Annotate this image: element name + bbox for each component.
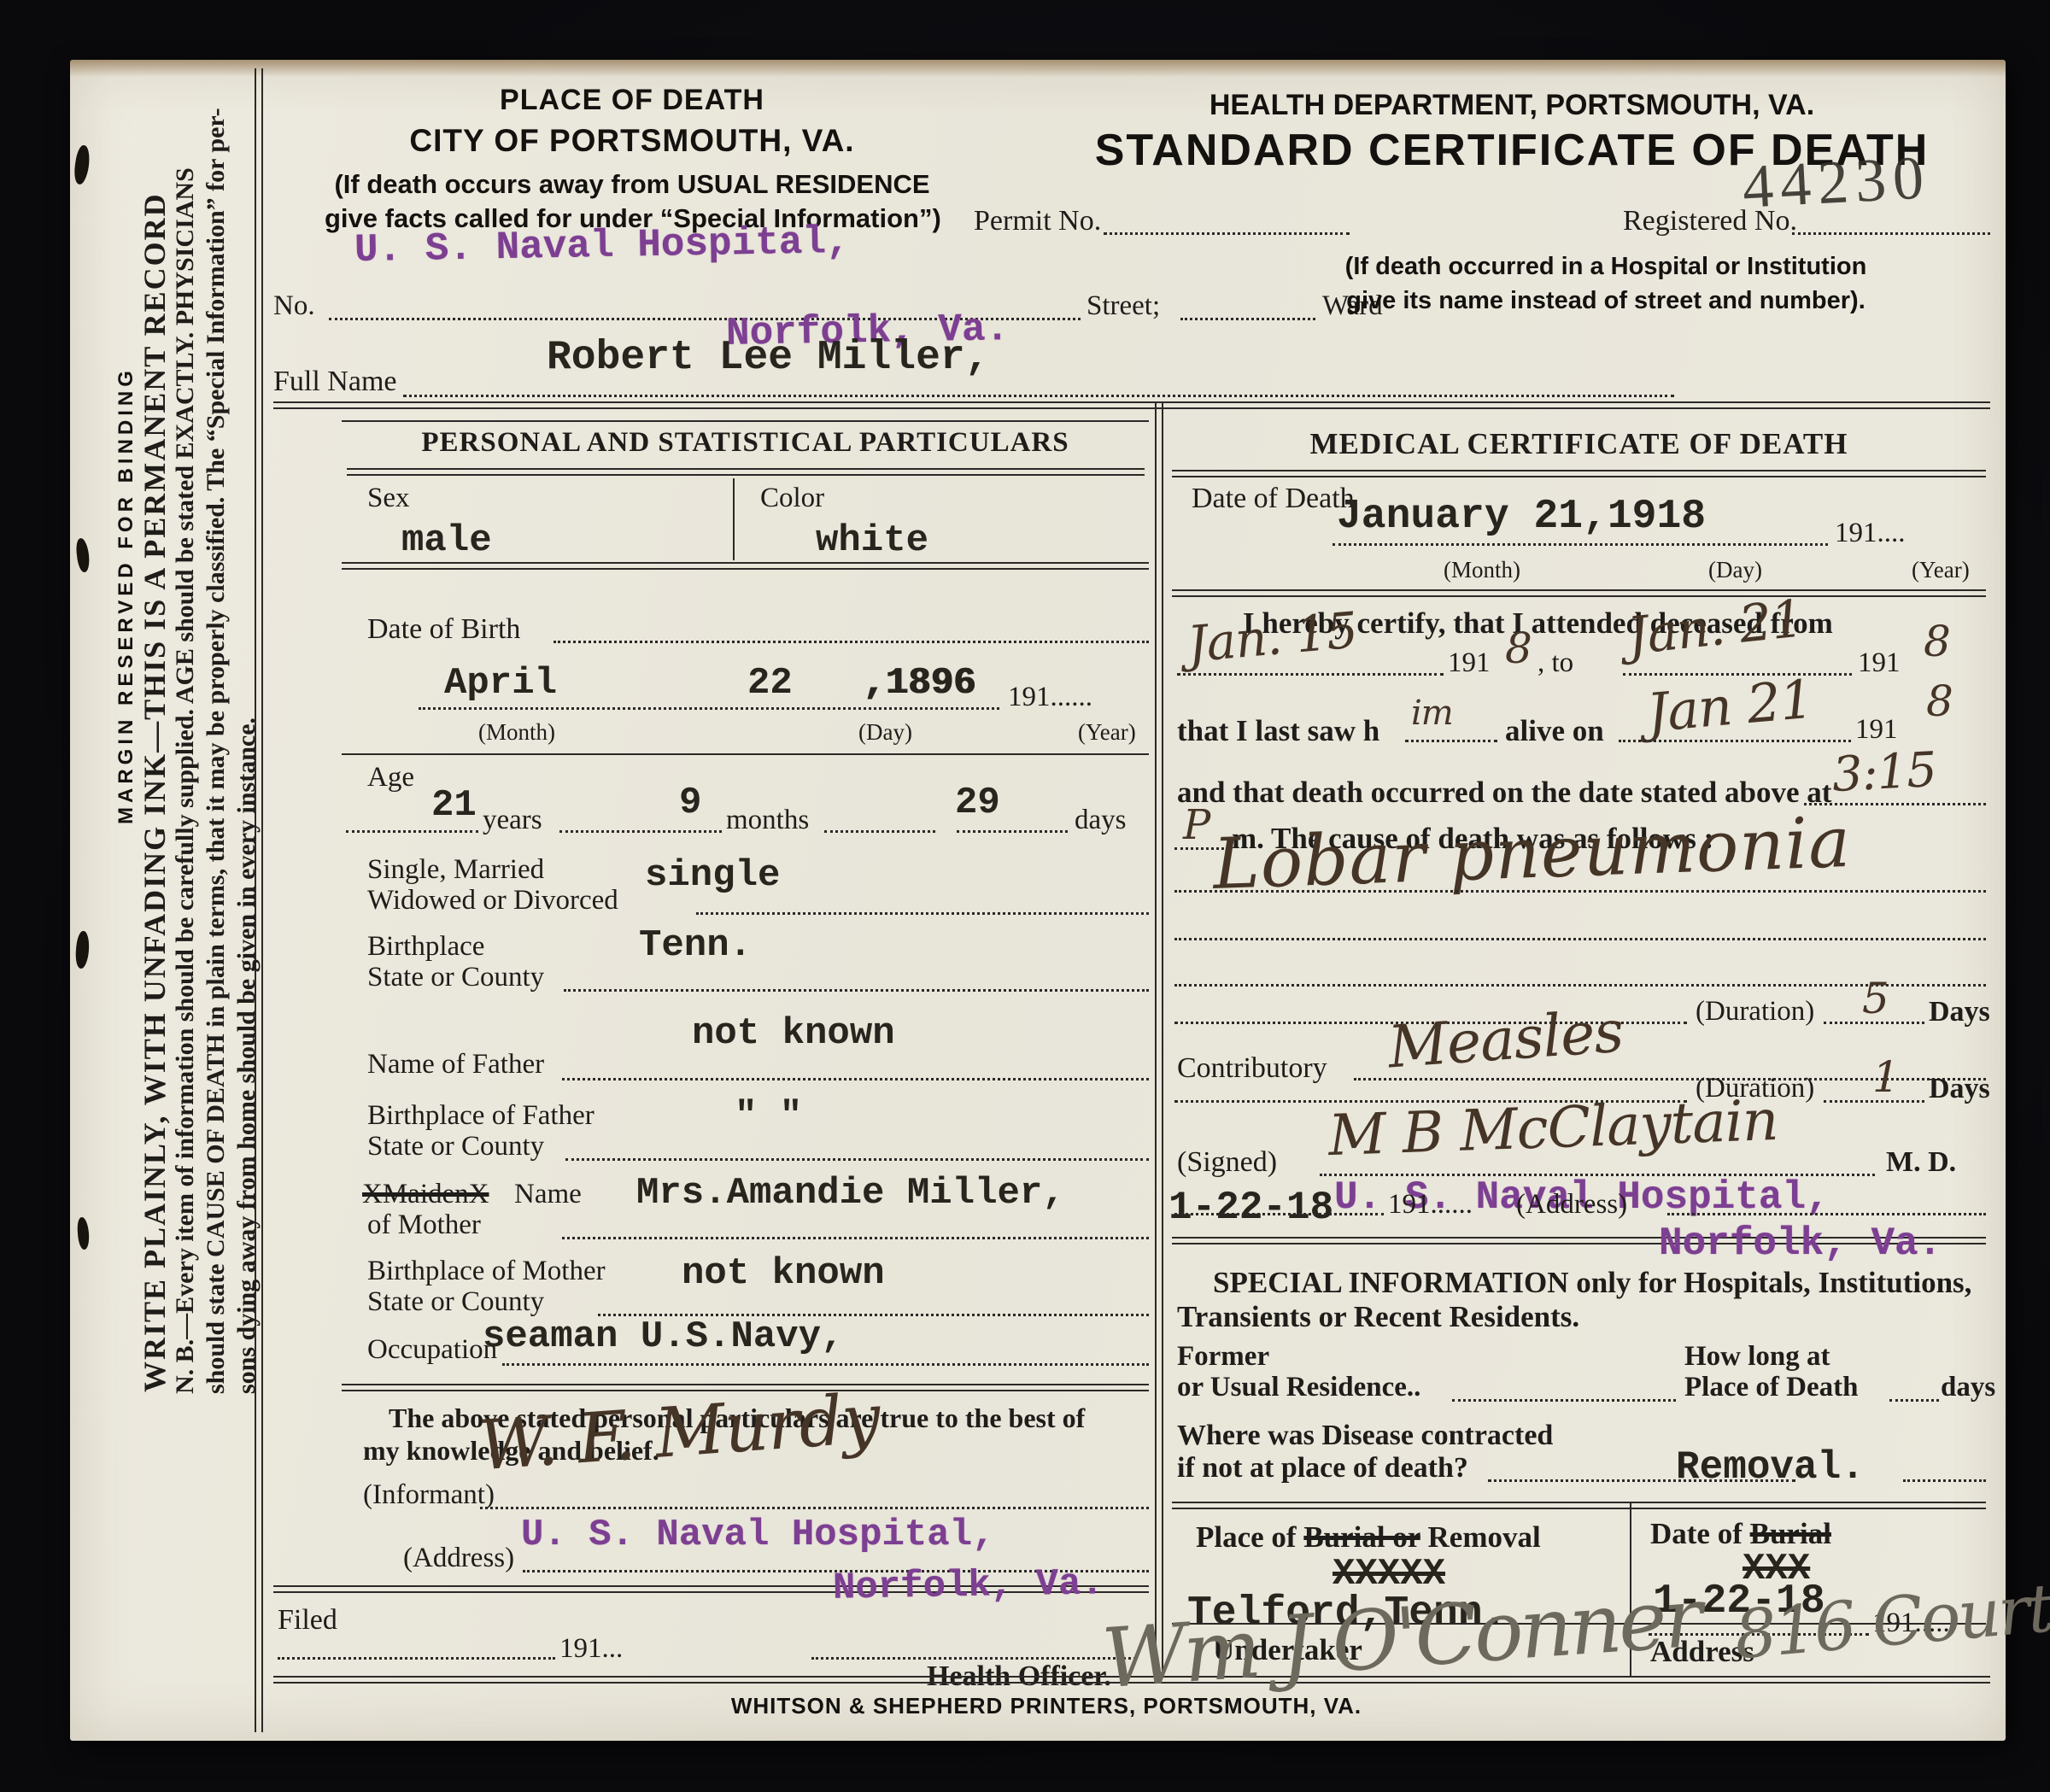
dotted-line [957, 830, 1068, 833]
birth-year-typed-overstruck: ,1896 [863, 662, 975, 705]
days-label: Days [1929, 1073, 1990, 1105]
age-days-typed: 29 [955, 782, 1000, 824]
time-of-death-handwritten: 3:15 [1830, 742, 1937, 803]
date-of-birth-label: Date of Birth [367, 613, 520, 646]
personal-section-title: PERSONAL AND STATISTICAL PARTICULARS [342, 427, 1149, 459]
dotted-line [564, 989, 1149, 992]
days-label: days [1941, 1372, 1995, 1403]
margin-permanent-record-note: WRITE PLAINLY, WITH UNFADING INK—THIS IS… [137, 192, 173, 1392]
medical-section-title: MEDICAL CERTIFICATE OF DEATH [1172, 427, 1986, 461]
hospital-note-line2: give its name instead of street and numb… [1290, 287, 1922, 315]
street-number-label: No. [273, 290, 315, 322]
rule [1172, 1502, 1986, 1509]
former-residence-label-line2: or Usual Residence.. [1177, 1372, 1420, 1403]
rule [733, 478, 735, 560]
duration-days-handwritten: 5 [1862, 974, 1889, 1023]
father-name-label: Name of Father [367, 1049, 544, 1080]
informant-address-label: (Address) [403, 1543, 514, 1574]
contributory-label: Contributory [1177, 1052, 1327, 1085]
dotted-line [562, 1237, 1149, 1239]
mother-birthplace-label-line2: State or County [367, 1286, 544, 1318]
duration-days-handwritten: 1 [1872, 1052, 1899, 1102]
dotted-line [1174, 1213, 1384, 1215]
him-handwritten: im [1411, 694, 1453, 733]
margin-nb-line3: sons dying away from home should be give… [232, 717, 261, 1394]
date-of-burial-label: Date of Burial [1650, 1517, 1831, 1551]
full-name-label: Full Name [273, 366, 396, 398]
burial-or-struck-out: Burial or [1303, 1520, 1420, 1554]
birthplace-label-line2: State or County [367, 962, 544, 993]
dotted-line [824, 830, 935, 833]
birth-day-typed: 22 [747, 662, 793, 705]
section-divider [273, 401, 1990, 409]
dotted-line [696, 912, 1149, 915]
physician-address-typed-line2: Norfolk, Va. [1659, 1221, 1942, 1266]
birthplace-typed-value: Tenn. [639, 924, 752, 967]
date-of-death-typed-value: January 21,1918 [1337, 494, 1706, 540]
sex-label: Sex [367, 483, 410, 514]
year-caption: (Year) [1912, 557, 1970, 583]
aged-paper-edge [70, 60, 2006, 77]
dotted-line [1889, 1399, 1939, 1402]
dotted-line [553, 641, 1149, 643]
dotted-line [1903, 1479, 1986, 1482]
printer-imprint: WHITSON & SHEPHERD PRINTERS, PORTSMOUTH,… [598, 1693, 1495, 1719]
informant-label: (Informant) [363, 1479, 495, 1511]
place-of-death-typed-value: U. S. Naval Hospital, [354, 220, 851, 272]
dotted-line [1180, 318, 1315, 320]
father-birthplace-ditto-marks: " " [735, 1095, 802, 1138]
informant-address-typed-line1: U. S. Naval Hospital, [521, 1514, 995, 1556]
margin-nb-line1: N. B.—Every item of information should b… [171, 167, 200, 1394]
photo-background: MARGIN RESERVED FOR BINDING WRITE PLAINL… [0, 0, 2050, 1792]
margin-binding-note: MARGIN RESERVED FOR BINDING [114, 366, 138, 824]
rule [342, 753, 1149, 755]
year-prefix-printed: 191 [1448, 647, 1491, 679]
sex-typed-value: male [401, 519, 492, 562]
year-caption: (Year) [1078, 719, 1136, 746]
dotted-line [565, 1158, 1149, 1161]
dotted-line [1177, 673, 1444, 676]
mother-name-typed-value: Mrs.Amandie Miller, [636, 1172, 1065, 1215]
dotted-line [1452, 1399, 1676, 1402]
dotted-line [1619, 740, 1851, 742]
month-caption: (Month) [478, 719, 555, 746]
dotted-line [1104, 232, 1350, 235]
dotted-line [1332, 543, 1828, 546]
md-label: M. D. [1886, 1146, 1956, 1179]
last-seen-year-handwritten: 8 [1926, 676, 1953, 726]
dotted-line [403, 395, 1674, 397]
day-caption: (Day) [1708, 557, 1762, 583]
years-caption: years [483, 805, 542, 836]
special-information-line2: Transients or Recent Residents. [1177, 1300, 1579, 1334]
column-divider [1155, 401, 1163, 1678]
permit-no-label: Permit No. [974, 205, 1101, 237]
dotted-line [1174, 938, 1986, 940]
rule [1172, 470, 1986, 477]
rule [1172, 589, 1986, 597]
rule [342, 562, 1149, 570]
color-label: Color [760, 483, 824, 514]
months-caption: months [726, 805, 809, 836]
father-birthplace-label-line2: State or County [367, 1131, 544, 1162]
hospital-note-line1: (If death occurred in a Hospital or Inst… [1290, 253, 1922, 281]
attended-from-year-handwritten: 8 [1505, 624, 1532, 673]
dotted-line [480, 1507, 1149, 1509]
burial-struck-out: Burial [1750, 1517, 1831, 1550]
mother-birthplace-typed-value: not known [682, 1252, 885, 1295]
filed-label: Filed [278, 1604, 337, 1637]
special-information-line1: SPECIAL INFORMATION only for Hospitals, … [1213, 1266, 1971, 1300]
death-year-printed: 191.... [1835, 518, 1906, 549]
rule [342, 420, 1149, 422]
alive-on-label: alive on [1505, 714, 1604, 748]
disease-contracted-typed-value: Removal. [1676, 1445, 1865, 1490]
year-prefix-printed: 191 [1855, 714, 1898, 746]
dotted-line [278, 1657, 555, 1660]
occupation-typed-value: seaman U.S.Navy, [483, 1315, 843, 1358]
place-of-burial-label: Place of Burial or Removal [1196, 1520, 1541, 1555]
place-of-death-heading: PLACE OF DEATH [359, 84, 905, 117]
full-name-typed-value: Robert Lee Miller, [547, 335, 989, 381]
age-label: Age [367, 762, 414, 794]
month-caption: (Month) [1444, 557, 1520, 583]
days-caption: days [1075, 805, 1127, 836]
residence-note-line1: (If death occurs away from USUAL RESIDEN… [325, 169, 940, 200]
place-of-label-text: Place of [1196, 1520, 1303, 1554]
dotted-line [562, 1078, 1149, 1080]
dotted-line [346, 830, 478, 833]
registered-number-stamp: 44230 [1741, 142, 1932, 222]
informant-address-typed-line2: Norfolk, Va. [833, 1562, 1104, 1610]
mother-name-label-line1: Name [514, 1179, 582, 1210]
year-prefix-printed: 191...... [1388, 1189, 1473, 1221]
dotted-line [502, 1363, 1149, 1366]
dotted-line [559, 830, 722, 833]
signed-date-typed: 1-22-18 [1168, 1186, 1333, 1230]
last-saw-statement: that I last saw h [1177, 714, 1379, 748]
age-months-typed: 9 [679, 782, 701, 824]
days-label: Days [1929, 996, 1990, 1028]
occupation-label: Occupation [367, 1334, 497, 1366]
city-heading: CITY OF PORTSMOUTH, VA. [342, 123, 922, 159]
health-department-heading: HEALTH DEPARTMENT, PORTSMOUTH, VA. [1196, 89, 1828, 122]
dotted-line [1667, 1213, 1986, 1215]
mother-name-label-line2: of Mother [367, 1209, 481, 1241]
death-occurred-statement: and that death occurred on the date stat… [1177, 776, 1831, 810]
duration-label: (Duration) [1696, 996, 1814, 1028]
father-birthplace-label-line1: Birthplace of Father [367, 1100, 594, 1132]
rule [347, 468, 1145, 476]
street-label: Street; [1086, 290, 1160, 322]
removal-label-text: Removal [1420, 1520, 1541, 1554]
marital-label-line2: Widowed or Divorced [367, 885, 618, 916]
year-prefix-printed: 191...... [1008, 682, 1092, 713]
date-of-label-text: Date of [1650, 1517, 1750, 1550]
father-name-typed-value: not known [692, 1012, 895, 1055]
dotted-line [1405, 740, 1497, 742]
former-residence-label-line1: Former [1177, 1341, 1269, 1373]
marital-typed-value: single [645, 854, 780, 897]
disease-contracted-label-line1: Where was Disease contracted [1177, 1420, 1553, 1452]
marital-label-line1: Single, Married [367, 854, 544, 886]
filed-year-printed: 191... [559, 1633, 623, 1665]
to-connector: , to [1537, 647, 1573, 679]
dotted-line [811, 1657, 1136, 1660]
birth-month-typed: April [444, 662, 557, 705]
margin-nb-line2: should state CAUSE OF DEATH in plain ter… [202, 108, 231, 1394]
attended-to-year-handwritten: 8 [1924, 617, 1950, 666]
year-prefix-printed: 191 [1858, 647, 1901, 679]
date-of-death-label: Date of Death [1192, 483, 1355, 515]
age-years-typed: 21 [431, 784, 477, 827]
dotted-line [1174, 890, 1986, 893]
signed-label: (Signed) [1177, 1146, 1277, 1179]
how-long-label-line2: Place of Death [1684, 1372, 1858, 1403]
birthplace-label-line1: Birthplace [367, 931, 484, 963]
mother-birthplace-label-line1: Birthplace of Mother [367, 1256, 606, 1287]
disease-contracted-label-line2: if not at place of death? [1177, 1452, 1468, 1485]
maiden-label-struck-out: XMaidenX [362, 1179, 489, 1210]
color-typed-value: white [816, 519, 928, 562]
address-label: (Address) [1516, 1189, 1627, 1221]
how-long-label-line1: How long at [1684, 1341, 1830, 1373]
am-pm-handwritten: P [1183, 801, 1209, 849]
dotted-line [1792, 232, 1990, 235]
day-caption: (Day) [858, 719, 912, 746]
dotted-line [419, 707, 999, 710]
